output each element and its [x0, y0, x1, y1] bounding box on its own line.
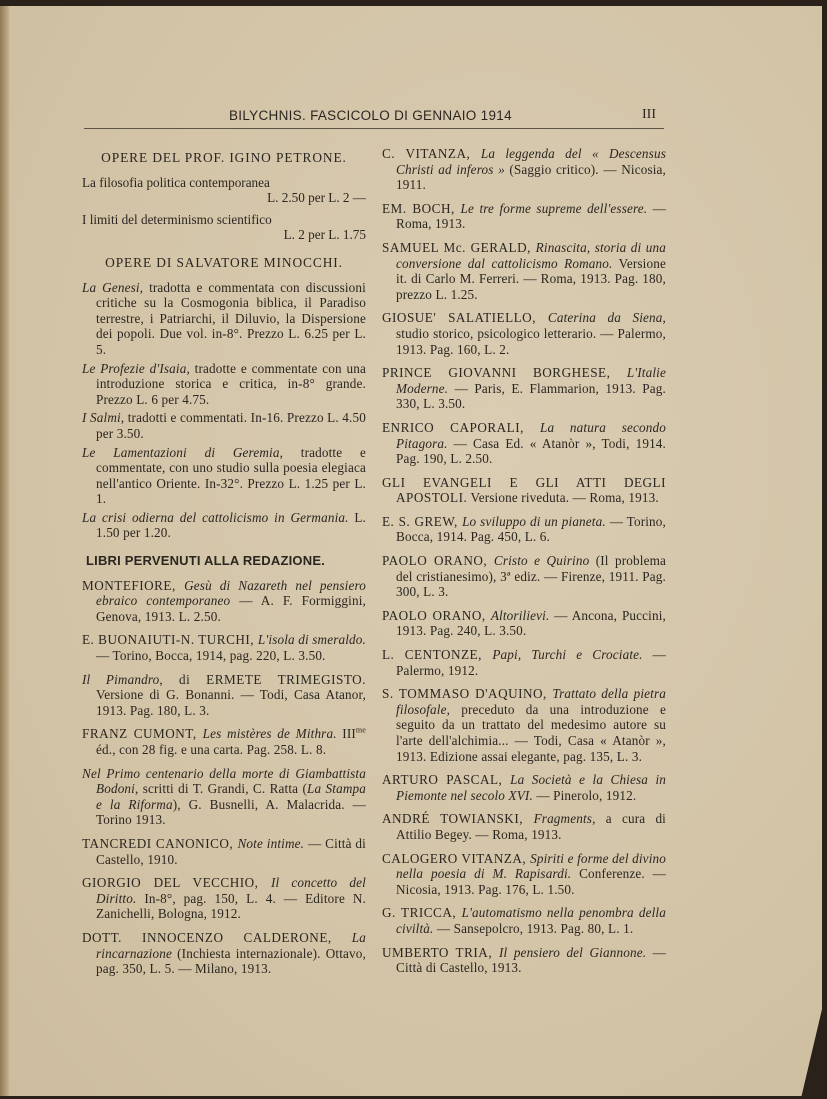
entry-details: In-8°, pag. 150, L. 4. — Editore N. Zani…: [96, 891, 366, 922]
entry-author: G. TRICCA,: [382, 905, 462, 920]
entry-author: MONTEFIORE,: [82, 578, 184, 593]
entry-details: , tradotti e commentati. In-16. Prezzo L…: [96, 410, 366, 441]
entry-title: Le tre forme supreme dell'essere.: [461, 201, 648, 216]
entry-author: EM. BOCH,: [382, 201, 461, 216]
book-price: L. 2.50 per L. 2 —: [82, 190, 366, 206]
list-item: PAOLO ORANO, Altorilievi. — Ancona, Pucc…: [382, 608, 666, 639]
entry-details: éd., con 28 fig. e una carta. Pag. 258. …: [96, 742, 326, 757]
book-entry: I limiti del determinismo scientifico L.…: [82, 212, 366, 243]
page-number: III: [642, 107, 656, 123]
right-column: C. VITANZA, La leggenda del « Descensus …: [382, 146, 666, 984]
list-item: E. BUONAIUTI-N. TURCHI, L'isola di smera…: [82, 632, 366, 663]
entry-author: TANCREDI CANONICO,: [82, 836, 237, 851]
list-item: Le Profezie d'Isaia, tradotte e commenta…: [82, 361, 366, 408]
left-column: OPERE DEL PROF. IGINO PETRONE. La filoso…: [82, 146, 366, 985]
entry-title: Altorilievi.: [491, 608, 550, 623]
entry-author: SAMUEL Mc. GERALD,: [382, 240, 536, 255]
entry-title: La crisi odierna del cattolicismo in Ger…: [82, 510, 349, 525]
entry-edition: III: [337, 726, 356, 741]
list-item: Le Lamentazioni di Geremia, tradotte e c…: [82, 445, 366, 507]
entry-author: PAOLO ORANO,: [382, 608, 491, 623]
entry-title: L'isola di smeraldo.: [258, 632, 366, 647]
list-item: UMBERTO TRIA, Il pensiero del Giannone. …: [382, 945, 666, 976]
entry-details: Versione di G. Bonanni. — Todi, Casa Ata…: [96, 687, 366, 718]
book-title: I limiti del determinismo scientifico: [82, 212, 366, 228]
list-item: MONTEFIORE, Gesù di Nazareth nel pensier…: [82, 578, 366, 625]
list-item: GLI EVANGELI E GLI ATTI DEGLI APOSTOLI. …: [382, 475, 666, 506]
list-item: C. VITANZA, La leggenda del « Descensus …: [382, 146, 666, 193]
entry-author: ENRICO CAPORALI,: [382, 420, 540, 435]
entry-author: ARTURO PASCAL,: [382, 772, 510, 787]
list-item: GIORGIO DEL VECCHIO, Il concetto del Dir…: [82, 875, 366, 922]
entry-details: — Sansepolcro, 1913. Pag. 80, L. 1.: [433, 921, 633, 936]
entry-title: Il Pimandro: [82, 672, 159, 687]
list-item: CALOGERO VITANZA, Spiriti e forme del di…: [382, 851, 666, 898]
book-entry: La filosofia politica contemporanea L. 2…: [82, 175, 366, 206]
entry-title: Le Lamentazioni di Geremia: [82, 445, 280, 460]
book-title: La filosofia politica contemporanea: [82, 175, 366, 191]
list-item: ENRICO CAPORALI, La natura secondo Pitag…: [382, 420, 666, 467]
entry-author: E. BUONAIUTI-N. TURCHI,: [82, 632, 258, 647]
entry-title: Papi, Turchi e Crociate.: [492, 647, 642, 662]
entry-title: Fragments: [534, 811, 593, 826]
entry-author: S. TOMMASO D'AQUINO,: [382, 686, 552, 701]
list-item: La crisi odierna del cattolicismo in Ger…: [82, 510, 366, 541]
entry-details: — Torino, Bocca, 1914, pag. 220, L. 3.50…: [96, 648, 326, 663]
edition-superscript: me: [356, 726, 366, 735]
list-item: EM. BOCH, Le tre forme supreme dell'esse…: [382, 201, 666, 232]
list-item: E. S. GREW, Lo sviluppo di un pianeta. —…: [382, 514, 666, 545]
entry-title: La Genesi: [82, 280, 140, 295]
list-item: Nel Primo centenario della morte di Giam…: [82, 766, 366, 828]
entry-author: PAOLO ORANO,: [382, 553, 494, 568]
list-item: FRANZ CUMONT, Les mistères de Mithra. II…: [82, 726, 366, 757]
entry-details: Versione riveduta. — Roma, 1913.: [467, 490, 659, 505]
entry-details: — Pinerolo, 1912.: [533, 788, 636, 803]
section-heading-libri: LIBRI PERVENUTI ALLA REDAZIONE.: [82, 553, 366, 569]
book-price: L. 2 per L. 1.75: [82, 227, 366, 243]
entry-title: Cristo e Quirino: [494, 553, 589, 568]
list-item: G. TRICCA, L'automatismo nella penombra …: [382, 905, 666, 936]
scanned-page: BILYCHNIS. FASCICOLO DI GENNAIO 1914 III…: [0, 6, 822, 1096]
entry-author: UMBERTO TRIA,: [382, 945, 499, 960]
running-header: BILYCHNIS. FASCICOLO DI GENNAIO 1914 III: [84, 106, 664, 129]
entry-author: GIOSUE' SALATIELLO,: [382, 310, 548, 325]
list-item: S. TOMMASO D'AQUINO, Trattato della piet…: [382, 686, 666, 764]
entry-title: Les mistères de Mithra.: [203, 726, 337, 741]
page-spine-shadow: [0, 6, 10, 1096]
list-item: ANDRÉ TOWIANSKI, Fragments, a cura di At…: [382, 811, 666, 842]
entry-author: , di ERMETE TRIMEGISTO.: [159, 672, 366, 687]
entry-author: L. CENTONZE,: [382, 647, 492, 662]
section-heading-petrone: OPERE DEL PROF. IGINO PETRONE.: [82, 150, 366, 166]
journal-title: BILYCHNIS. FASCICOLO DI GENNAIO 1914: [229, 108, 512, 123]
list-item: TANCREDI CANONICO, Note intime. — Città …: [82, 836, 366, 867]
list-item: L. CENTONZE, Papi, Turchi e Crociate. — …: [382, 647, 666, 678]
entry-author: DOTT. INNOCENZO CALDERONE,: [82, 930, 352, 945]
list-item: ARTURO PASCAL, La Società e la Chiesa in…: [382, 772, 666, 803]
entry-title: I Salmi: [82, 410, 121, 425]
list-item: PRINCE GIOVANNI BORGHESE, L'Italie Moder…: [382, 365, 666, 412]
entry-author: C. VITANZA,: [382, 146, 481, 161]
entry-title: Le Profezie d'Isaia: [82, 361, 186, 376]
entry-author: CALOGERO VITANZA,: [382, 851, 530, 866]
entry-details: , scritti di T. Grandi, C. Ratta (: [135, 781, 307, 796]
list-item: SAMUEL Mc. GERALD, Rinascita, storia di …: [382, 240, 666, 302]
entry-title: Il pensiero del Giannone.: [499, 945, 646, 960]
list-item: PAOLO ORANO, Cristo e Quirino (Il proble…: [382, 553, 666, 600]
list-item: GIOSUE' SALATIELLO, Caterina da Siena, s…: [382, 310, 666, 357]
list-item: I Salmi, tradotti e commentati. In-16. P…: [82, 410, 366, 441]
entry-author: PRINCE GIOVANNI BORGHESE,: [382, 365, 627, 380]
list-item: DOTT. INNOCENZO CALDERONE, La rincarnazi…: [82, 930, 366, 977]
list-item: Il Pimandro, di ERMETE TRIMEGISTO. Versi…: [82, 672, 366, 719]
section-heading-minocchi: OPERE DI SALVATORE MINOCCHI.: [82, 255, 366, 271]
entry-title: Lo sviluppo di un pianeta.: [462, 514, 606, 529]
list-item: La Genesi, tradotta e commentata con dis…: [82, 280, 366, 358]
entry-title: Note intime.: [237, 836, 304, 851]
entry-author: FRANZ CUMONT,: [82, 726, 203, 741]
entry-title: Caterina da Siena: [548, 310, 663, 325]
entry-author: E. S. GREW,: [382, 514, 462, 529]
entry-author: ANDRÉ TOWIANSKI,: [382, 811, 534, 826]
entry-author: GIORGIO DEL VECCHIO,: [82, 875, 271, 890]
